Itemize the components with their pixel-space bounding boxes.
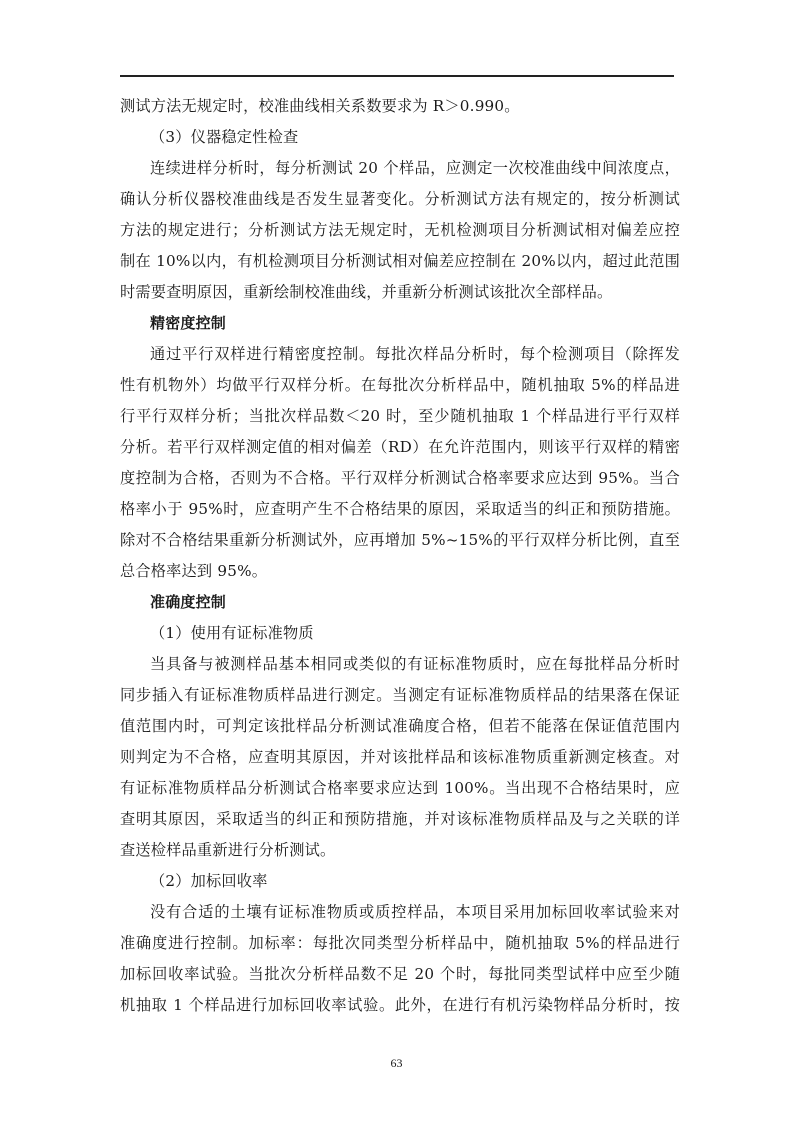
text-line: 查明其原因，采取适当的纠正和预防措施，并对该标准物质样品及与之关联的详 [120, 804, 680, 835]
text-line: 总合格率达到 95%。 [120, 556, 680, 587]
text-line: 查送检样品重新进行分析测试。 [120, 835, 680, 866]
text-line: 则判定为不合格，应查明其原因，并对该批样品和该标准物质重新测定核查。对 [120, 742, 680, 773]
text-line: 机抽取 1 个样品进行加标回收率试验。此外，在进行有机污染物样品分析时，按 [120, 990, 680, 1021]
text-line: 同步插入有证标准物质样品进行测定。当测定有证标准物质样品的结果落在保证 [120, 680, 680, 711]
text-line: 时需要查明原因，重新绘制校准曲线，并重新分析测试该批次全部样品。 [120, 277, 680, 308]
text-line: 加标回收率试验。当批次分析样品数不足 20 个时，每批同类型试样中应至少随 [120, 959, 680, 990]
text-line: 准确度进行控制。加标率：每批次同类型分析样品中，随机抽取 5%的样品进行 [120, 928, 680, 959]
text-line: 确认分析仪器校准曲线是否发生显著变化。分析测试方法有规定的，按分析测试 [120, 184, 680, 215]
page-body: 测试方法无规定时，校准曲线相关系数要求为 R＞0.990。 （3）仪器稳定性检查… [120, 91, 680, 1021]
text-line: 方法的规定进行；分析测试方法无规定时，无机检测项目分析测试相对偏差应控 [120, 215, 680, 246]
section-heading: 准确度控制 [120, 587, 680, 618]
text-line: 没有合适的土壤有证标准物质或质控样品，本项目采用加标回收率试验来对 [120, 897, 680, 928]
text-line: 格率小于 95%时，应查明产生不合格结果的原因，采取适当的纠正和预防措施。 [120, 494, 680, 525]
text-line: 分析。若平行双样测定值的相对偏差（RD）在允许范围内，则该平行双样的精密 [120, 432, 680, 463]
text-line: 值范围内时，可判定该批样品分析测试准确度合格，但若不能落在保证值范围内 [120, 711, 680, 742]
subsection-title: （2）加标回收率 [120, 866, 680, 897]
header-rule [120, 75, 674, 77]
subsection-title: （1）使用有证标准物质 [120, 618, 680, 649]
section-heading: 精密度控制 [120, 308, 680, 339]
text-line: 度控制为合格，否则为不合格。平行双样分析测试合格率要求应达到 95%。当合 [120, 463, 680, 494]
text-line: 连续进样分析时，每分析测试 20 个样品，应测定一次校准曲线中间浓度点， [120, 153, 680, 184]
text-line: 当具备与被测样品基本相同或类似的有证标准物质时，应在每批样品分析时 [120, 649, 680, 680]
text-line: 制在 10%以内，有机检测项目分析测试相对偏差应控制在 20%以内，超过此范围 [120, 246, 680, 277]
text-line: 通过平行双样进行精密度控制。每批次样品分析时，每个检测项目（除挥发 [120, 339, 680, 370]
text-line: 有证标准物质样品分析测试合格率要求应达到 100%。当出现不合格结果时，应 [120, 773, 680, 804]
text-line: 除对不合格结果重新分析测试外，应再增加 5%~15%的平行双样分析比例，直至 [120, 525, 680, 556]
text-line: 性有机物外）均做平行双样分析。在每批次分析样品中，随机抽取 5%的样品进 [120, 370, 680, 401]
subsection-title: （3）仪器稳定性检查 [120, 122, 680, 153]
page-number: 63 [0, 1056, 793, 1071]
text-line: 测试方法无规定时，校准曲线相关系数要求为 R＞0.990。 [120, 91, 680, 122]
text-line: 行平行双样分析；当批次样品数＜20 时，至少随机抽取 1 个样品进行平行双样 [120, 401, 680, 432]
